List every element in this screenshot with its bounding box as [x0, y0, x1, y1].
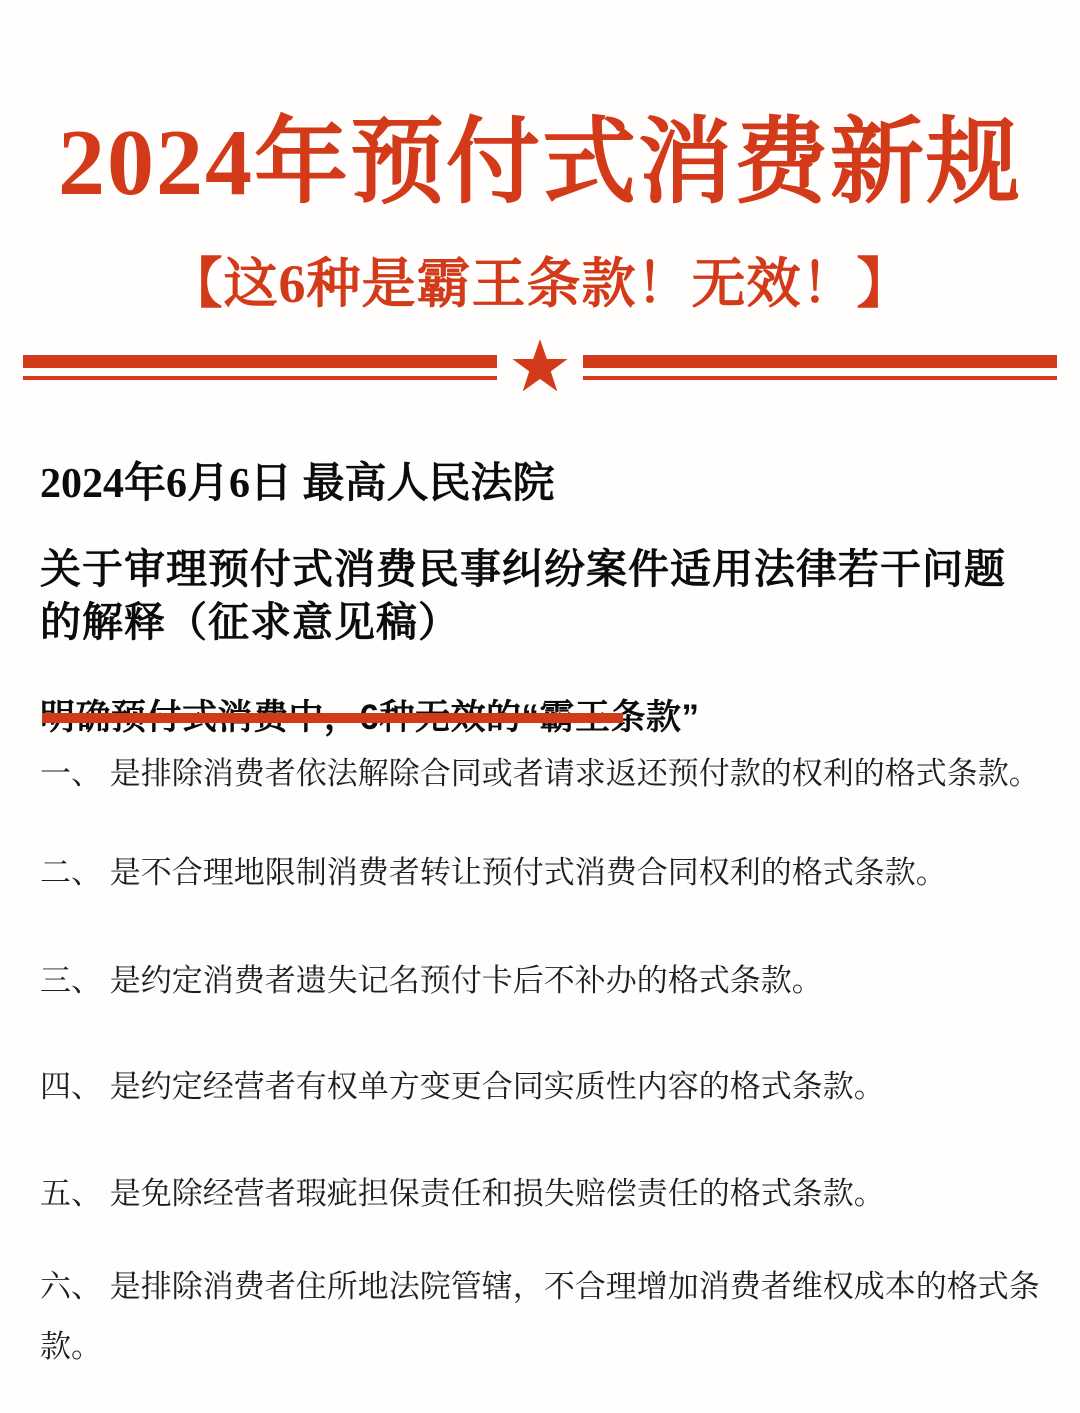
section-underline — [42, 713, 623, 723]
divider-line-left — [23, 355, 497, 380]
divider-thin-rule — [23, 376, 497, 380]
clause-item-5: 五、 是免除经营者瑕疵担保责任和损失赔偿责任的格式条款。 — [40, 1164, 1052, 1224]
divider-line-right — [583, 355, 1057, 380]
date-court-heading: 2024年6月6日 最高人民法院 — [40, 458, 1040, 511]
clause-item-2: 二、 是不合理地限制消费者转让预付式消费合同权利的格式条款。 — [40, 843, 1052, 903]
poster-page: 2024年预付式消费新规 【这6种是霸王条款！无效！】 2024年6月6日 最高… — [0, 0, 1080, 1413]
divider-thick-rule — [23, 355, 497, 368]
clause-item-4: 四、 是约定经营者有权单方变更合同实质性内容的格式条款。 — [40, 1057, 1052, 1117]
page-title: 2024年预付式消费新规 — [0, 105, 1080, 223]
divider-thin-rule — [583, 376, 1057, 380]
divider-thick-rule — [583, 355, 1057, 368]
document-title: 关于审理预付式消费民事纠纷案件适用法律若干问题的解释（征求意见稿） — [40, 543, 1025, 649]
clause-item-3: 三、 是约定消费者遗失记名预付卡后不补办的格式条款。 — [40, 951, 1052, 1011]
clause-item-1: 一、 是排除消费者依法解除合同或者请求返还预付款的权利的格式条款。 — [40, 744, 1052, 804]
star-divider — [23, 338, 1057, 396]
page-subtitle: 【这6种是霸王条款！无效！】 — [0, 249, 1080, 319]
star-icon — [511, 338, 569, 396]
clause-item-6: 六、 是排除消费者住所地法院管辖，不合理增加消费者维权成本的格式条款。 — [40, 1257, 1052, 1377]
